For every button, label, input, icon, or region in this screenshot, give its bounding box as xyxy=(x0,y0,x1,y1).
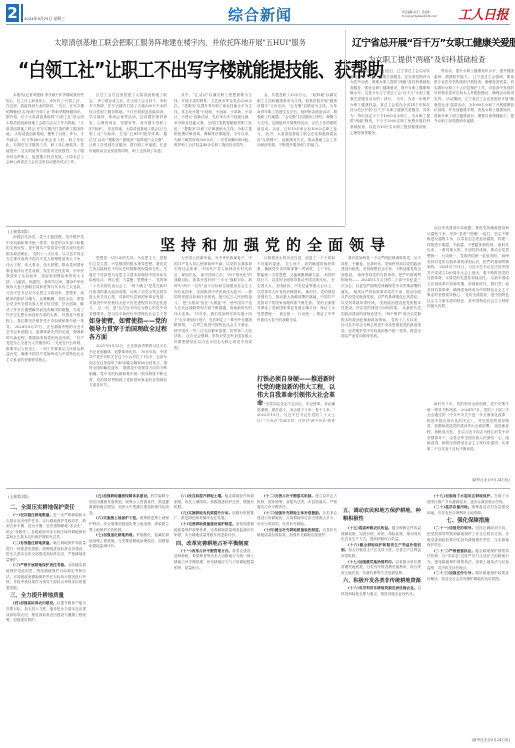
article3-col3: 为中国人民谋幸福，为中华民族谋复兴，中国共产党人初心使命始终不渝。以党的自我革命… xyxy=(174,256,252,421)
article2-col2-text: 等活动，提升女职工健康知识水平，提升健康素养，增强防护能力。 辽宁省总工会强调，… xyxy=(434,69,514,125)
article3-col5-text: 我们党始终是一个以严明纪律著称的党，从不放松、不懈怠，在新时代，党始终坚持以党的… xyxy=(341,256,421,340)
section3-item4: (四)加强高标准农田建设。以提升粮食产能为首要目标，加大投入力度，逐步把永久基本… xyxy=(6,601,86,623)
section-divider-2 xyxy=(6,488,510,489)
section4-item13: (十三)加强补充耕地主体补偿激励。各类非农建设占用耕地的，占用耕地单位应当按照占… xyxy=(257,511,337,528)
section-heading-5: 五、调动农民和地方保护耕地、种粮积极性 xyxy=(343,508,421,523)
article3-col4-text: 反映着伟大的历史自觉，创造了一个个看似不可能的奇迹。 自上而下，高效畅通的组织体… xyxy=(257,256,335,323)
item-title: (十八)有序利用非耕地资源发展设施农业。 xyxy=(348,586,417,590)
article3-intro-col2-text: 思想是一切行动的先导。马克思主义，是我们立党立国、兴党强国的根本指导思想。我们党… xyxy=(89,256,167,316)
article3-col6: 从以作风建设开局破题，推进党风廉政建设和反腐败斗争，坚持"老虎""苍蝇"一起打，… xyxy=(427,226,509,426)
article3-heading1-body: 2021年9月13日，正在陕西考察的习近平总书记来到榆林，追思革命先烈。 70多… xyxy=(89,344,167,416)
article-white-collar-club: 太原清创基地工联会把职工服务阵地建在楼宇内，并依托阵地开展"五HUI"服务 “白… xyxy=(0,28,345,223)
page-number: 2 xyxy=(7,4,17,22)
article3-intro-col1: 治国必先治党，党兴才能国强。坚决维护党中央权威和集中统一领导，是党的百年奋斗积累… xyxy=(6,235,84,415)
section2-item3: (三)严格开展耕地保护责任考核。全面落实耕地保护党政同责，围绕耕地保护目标制定考… xyxy=(6,563,86,591)
section-heading-4: 四、改革完善耕地占补平衡制度 xyxy=(176,539,254,549)
page-header: 2 2024年9月25日 星期三 综合新闻 责任编辑:高宇工 张前德 E-mai… xyxy=(0,0,515,28)
section4-item12: (十二)完善占补平衡落实机制。建立以补定占机制，国家统筹，省级负总责，市县抓落实… xyxy=(257,494,337,511)
article-party-leadership: (上接第1版) 治国必先治党，党兴才能国强。坚决维护党中央权威和集中统一领导，是… xyxy=(0,226,515,426)
article3-col6-text: 从以作风建设开局破题，推进党风廉政建设和反腐败斗争，坚持"老虎""苍蝇"一起打，… xyxy=(427,226,509,310)
article1-col4-text: 金，共惠及职工30余万元。 "绘阵地"以满足职工生活和健康需求为主线，联系医院开… xyxy=(257,93,337,149)
section7-item23: (二十三)加强宣传引导。做好耕地保护政策宣传解读，营造全社会共同保护耕地的良好氛… xyxy=(427,571,509,582)
article1-headline: “白领工社”让职工不出写字楼就能提技能、获帮助 xyxy=(18,58,338,83)
item-title: (三)严格开展耕地保护责任考核。 xyxy=(13,563,68,567)
item-title: (七)加强退化耕地治理。 xyxy=(96,533,136,537)
article3-col7: 新时代十年，党的领导全面加强，党中央集中统一领导不断巩固。 2024年7月，党的… xyxy=(427,402,509,484)
article3-col4: 反映着伟大的历史自觉，创造了一个个看似不可能的奇迹。 自上而下，高效畅通的组织体… xyxy=(257,256,335,374)
item-title: (十三)加强补充耕地主体补偿激励。 xyxy=(264,511,322,515)
section4-item14: (十四)健全补充耕地质量验收制度。完善补充耕地质量验收标准，加强补充耕地后续管护… xyxy=(257,528,337,539)
article1-col2-text: 区总工会在这里搭建了太原清创基地工联会。 该工联会成立后，在太原工会支持下，争取… xyxy=(89,93,167,155)
item-title: (二十三)加强宣传引导。 xyxy=(434,571,475,575)
item-title: (十九)加强地下水超采区耕地保护。 xyxy=(434,494,494,498)
article2-col2: 等活动，提升女职工健康知识水平，提升健康素养，增强防护能力。 辽宁省总工会强调，… xyxy=(434,69,514,227)
item-title: (十二)完善占补平衡落实机制。 xyxy=(264,494,315,498)
item-title: (二十一)加强党的领导。 xyxy=(434,526,475,530)
section3-item8: (八)改良和提升耕地土壤。稳定耕地轮作休耕制度，优化土壤结构，积极推进秸秆还田、… xyxy=(174,494,254,511)
section-heading-3: 三、全力提升耕地质量 xyxy=(10,591,86,601)
editor-email: E-mail:grrbgbzw@126.com xyxy=(402,15,437,19)
section4-item11: (十一)改革占补平衡管理方式。将非农建设、造林种树、种果种茶等各类占用耕地行为统… xyxy=(174,549,254,571)
article1-col4: 金，共惠及职工30余万元。 "绘阵地"以满足职工生活和健康需求为主线，联系医院开… xyxy=(257,93,337,213)
item-title: (十)完善耕地质量建设保护制度。 xyxy=(181,522,236,526)
article3-col5: 我们党始终是一个以严明纪律著称的党，从不放松、不懈怠，在新时代，党始终坚持以党的… xyxy=(341,256,421,426)
item-title: (八)改良和提升耕地土壤。 xyxy=(181,494,225,498)
article3-intro-col1-text: 治国必先治党，党兴才能国强。坚决维护党中央权威和集中统一领导，是党的百年奋斗积累… xyxy=(6,235,84,364)
article4-col5: 五、调动农民和地方保护耕地、种粮积极性 (十五)提高种粮农民收益。健全种粮农民收… xyxy=(341,494,421,744)
section5-item16: (十六)健全耕地保护和粮食生产利益补偿机制。加大对粮食主产区支持力度，完善主产区… xyxy=(341,543,421,560)
item-title: (二)有效稳住耕地质量。 xyxy=(13,541,53,545)
section6-item18: (十八)有序利用非耕地资源发展设施农业。以科技和装备支撑为重点，推进设施农业现代… xyxy=(341,586,421,597)
item-body: 加大对粮食主产区支持力度，完善主产区利益补偿机制。 xyxy=(341,548,421,558)
article4-col3: (八)改良和提升耕地土壤。稳定耕地轮作休耕制度，优化土壤结构，积极推进秸秆还田、… xyxy=(174,494,254,744)
article-liaoning-health: 辽宁省总开展“百千万”女职工健康关爱服务 为女职工提供"两癌"及妇科基础检查 本… xyxy=(346,28,515,225)
item-title: (十七)加强撂荒地治理利用。 xyxy=(348,560,395,564)
section-heading-2: 二、全面压实耕地保护责任 xyxy=(10,504,86,513)
section3-item10: (十)完善耕地质量建设保护制度。加快构建耕地质量保护政策体系，完善耕地质量调查监… xyxy=(174,522,254,539)
article3-heading2-body: "全党同志务必不忘初心、牢记使命，务必谦虚谨慎、艰苦奋斗，务必敢于斗争、善于斗争… xyxy=(257,402,335,422)
item-title: (一)坚决稳住耕地数量。 xyxy=(13,513,53,517)
article3-heading1: 如身使臂，如臂使指——党的领导力贯穿于治国理政全过程各方面 xyxy=(89,318,169,342)
section2-item1: (一)坚决稳住耕地数量。进一步严格耕地和永久基本农田保护任务，实行耕地保护党政同… xyxy=(6,513,86,541)
section6-item19: (十九)加强地下水超采区耕地保护。在地下水超采区推广节水灌溉技术，逐步压减高耗水… xyxy=(427,494,509,505)
section7-item22: (二十二)严格督察执法。健全耕地保护督察执法机制，以"零容忍"态度严厉打击违法占… xyxy=(427,549,509,571)
article1-col1-text: 本报讯(记者刘建林 李彦斌)"怀孕期间我有些担心，在工作上和身体上，幸好有了'白… xyxy=(6,93,84,166)
article2-headline: 辽宁省总开展“百千万”女职工健康关爱服务 xyxy=(352,37,512,51)
article-farmland-protection: (上接第1版) 二、全面压实耕地保护责任 (一)坚决稳住耕地数量。进一步严格耕地… xyxy=(0,490,515,748)
header-rule xyxy=(6,24,510,25)
article4-credit: (新华社北京9月24日电) xyxy=(430,738,510,743)
section3-item7: (七)加强退化耕地治理。采取酸化、盐碱化耕地治理工程措施，分类推进耕地治理改良，… xyxy=(89,533,169,550)
item-title: (九)实施耕地有机质提升行动。 xyxy=(181,511,232,515)
item-title: (二十二)严格督察执法。 xyxy=(434,549,475,553)
article1-col2: 区总工会在这里搭建了太原清创基地工联会。 该工联会成立后，在太原工会支持下，争取… xyxy=(89,93,167,193)
item-title: (二十)盘活存量用地。 xyxy=(434,505,472,509)
article1-col1: 本报讯(记者刘建林 李彦斌)"怀孕期间我有些担心，在工作上和身体上，幸好有了'白… xyxy=(6,93,84,221)
article3-col3-text: 为中国人民谋幸福，为中华民族谋复兴，中国共产党人初心使命始终不渝。以党的自我革命… xyxy=(174,256,252,351)
page-number-bar xyxy=(21,4,23,22)
section3-item9: (九)实施耕地有机质提升行动。加强有机肥推广，推进绿色种养循环农业发展。 xyxy=(174,511,254,522)
article3-intro-col2: 思想是一切行动的先导。马克思主义，是我们立党立国、兴党强国的根本指导思想。我们党… xyxy=(89,256,167,316)
item-title: (六)实施黑土地保护工程。 xyxy=(96,516,140,520)
article3-col7-text: 新时代十年，党的领导全面加强，党中央集中统一领导不断巩固。 2024年7月，党的… xyxy=(427,402,509,452)
section3-item5: (五)加强耕地灌排保障体系建设。科学编制全国农田灌溉发展规划，统筹水土资源条件，… xyxy=(89,494,169,516)
page-number-badge: 2 xyxy=(6,4,19,22)
article3-heading1-body-text: 2021年9月13日，正在陕西考察的习近平总书记来到榆林，追思革命先烈。 70多… xyxy=(89,344,167,389)
article3-heading2-body-text: "全党同志务必不忘初心、牢记使命，务必谦虚谨慎、艰苦奋斗，务必敢于斗争、善于斗争… xyxy=(257,402,335,422)
article4-col4: (十二)完善占补平衡落实机制。建立以补定占机制，国家统筹，省级负总责，市县抓落实… xyxy=(257,494,337,744)
article4-col1: 二、全面压实耕地保护责任 (一)坚决稳住耕地数量。进一步严格耕地和永久基本农田保… xyxy=(6,504,86,744)
article2-col1: 本报讯(记者刘旭)近日，辽宁省总工会启动实施"百千万"女职工健康关爱服务，在全省… xyxy=(350,69,430,227)
item-title: (五)加强耕地灌排保障体系建设。 xyxy=(96,494,151,498)
item-title: (十一)改革占补平衡管理方式。 xyxy=(181,549,232,553)
article3-headline: 坚持和加强党的全面领导 xyxy=(160,234,391,255)
article4-col2: (五)加强耕地灌排保障体系建设。科学编制全国农田灌溉发展规划，统筹水土资源条件，… xyxy=(89,494,169,744)
article2-col1-text: 本报讯(记者刘旭)近日，辽宁省总工会启动实施"百千万"女职工健康关爱服务，在全省… xyxy=(350,69,430,136)
section2-item2: (二)有效稳住耕地质量。确立耕地保护和质量提升一体推进的思路，统筹推进高标准农田… xyxy=(6,541,86,563)
section6-item20: (二十)盘活存量用地。统筹盘活农村存量建设用地，引导农民合理利用土地资源。 xyxy=(427,505,509,516)
section3-item6: (六)实施黑土地保护工程。统筹推进黑土地保护利用，综合施策加强退化黑土地治理，探… xyxy=(89,516,169,533)
section-heading-7: 七、强化保障措施 xyxy=(427,516,509,526)
item-title: (十四)健全补充耕地质量验收制度。 xyxy=(264,528,322,532)
article1-col3-text: 其中，"汇活动"以满足职工思想需要为主线，开展丰富的教育、文艺演出等各类活动30… xyxy=(174,93,252,149)
article2-subheadline: 为女职工提供"两癌"及妇科基础检查 xyxy=(368,54,508,65)
item-title: (十五)提高种粮农民收益。 xyxy=(348,526,392,530)
article1-kicker: 太原清创基地工联会把职工服务阵地建在楼宇内，并依托阵地开展"五HUI"服务 xyxy=(30,38,330,48)
issue-date: 2024年9月25日 星期三 xyxy=(24,16,65,22)
masthead-logo: 工人日报 xyxy=(458,4,508,23)
section-title: 综合新闻 xyxy=(228,4,292,25)
article1-col3: 其中，"汇活动"以满足职工思想需要为主线，开展丰富的教育、文艺演出等各类活动30… xyxy=(174,93,252,221)
section-heading-6: 六、积极开发各类非传统耕地资源 xyxy=(343,576,421,586)
item-title: (四)加强高标准农田建设。 xyxy=(13,601,57,605)
section7-item21: (二十一)加强党的领导。坚持正确政治方向，把党的领导贯彻到耕地保护工作全过程各方… xyxy=(427,526,509,548)
article4-col6: (十九)加强地下水超采区耕地保护。在地下水超采区推广节水灌溉技术，逐步压减高耗水… xyxy=(427,494,509,744)
section5-item17: (十七)加强撂荒地治理利用。以省级为单位摸清撂荒地底数，分类有序推进撂荒地利用，… xyxy=(341,560,421,577)
article3-credit: (新华社北京9月24日电) xyxy=(430,478,510,483)
section5-item15: (十五)提高种粮农民收益。健全种粮农民收益保障机制，完善价格、补贴、保险政策，推… xyxy=(341,526,421,543)
editor-info: 责任编辑:高宇工 张前德 E-mail:grrbgbzw@126.com xyxy=(402,11,437,18)
article4-source-tag: (上接第1版) xyxy=(8,494,29,500)
